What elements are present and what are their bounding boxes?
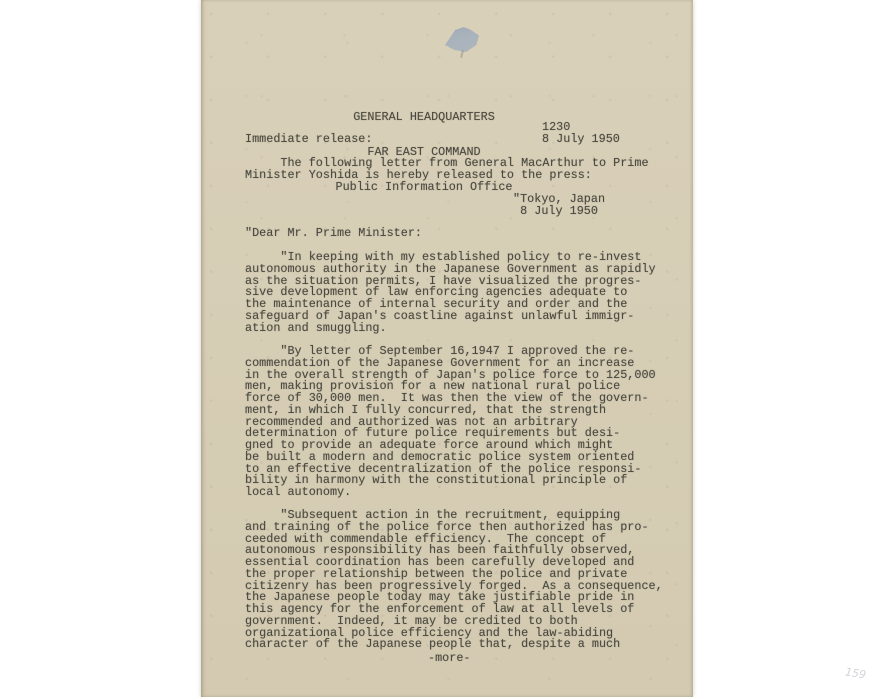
tape-residue-scratch [460, 50, 464, 58]
letter-paragraph-1: "In keeping with my established policy t… [245, 252, 656, 334]
scan-background: GENERAL HEADQUARTERS FAR EAST COMMAND Pu… [0, 0, 895, 697]
release-date: 8 July 1950 [542, 134, 620, 146]
document-page: GENERAL HEADQUARTERS FAR EAST COMMAND Pu… [201, 0, 693, 697]
continuation-mark: -more- [428, 653, 470, 665]
release-label: Immediate release: [245, 134, 372, 146]
press-release-intro: The following letter from General MacArt… [245, 158, 649, 182]
letter-paragraph-3: "Subsequent action in the recruitment, e… [245, 510, 663, 651]
letter-dateline: "Tokyo, Japan 8 July 1950 [513, 194, 605, 218]
letter-paragraph-2: "By letter of September 16,1947 I approv… [245, 346, 656, 499]
letter-salutation: "Dear Mr. Prime Minister: [245, 228, 422, 240]
tape-residue-mark [445, 27, 479, 52]
handwritten-page-number: 159 [844, 665, 867, 681]
